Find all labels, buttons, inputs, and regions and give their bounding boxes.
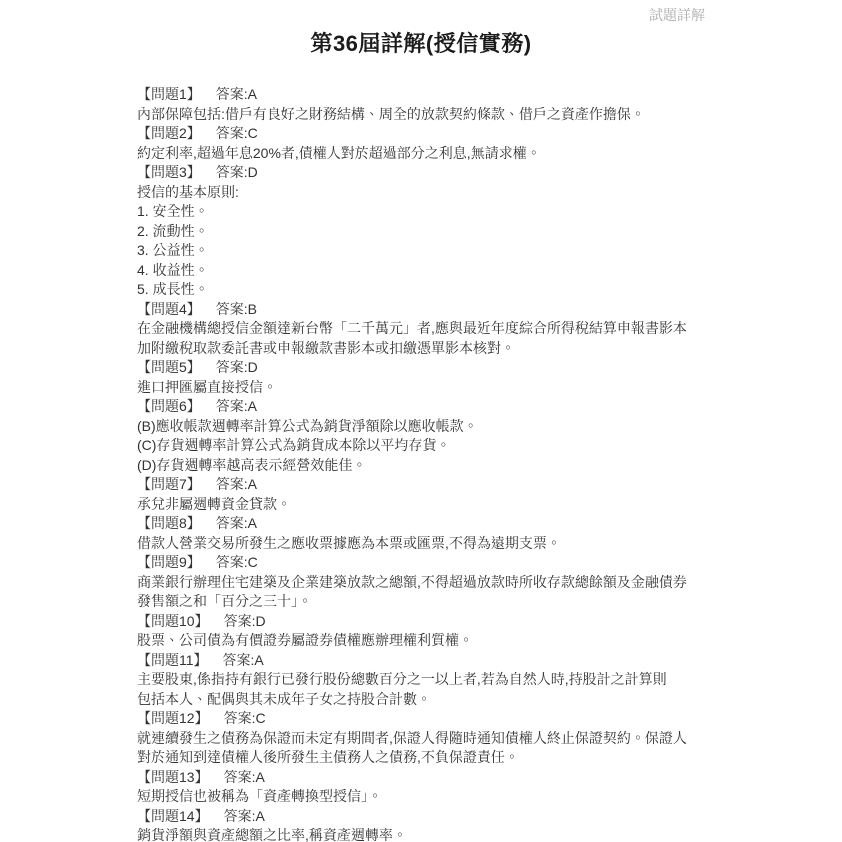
qa-item: 【問題1】答案:A內部保障包括:借戶有良好之財務結構、周全的放款契約條款、借戶之…: [137, 85, 705, 124]
qa-list: 【問題1】答案:A內部保障包括:借戶有良好之財務結構、周全的放款契約條款、借戶之…: [137, 85, 705, 842]
question-label: 【問題14】: [137, 808, 209, 824]
explanation-line: 3. 公益性。: [137, 241, 705, 261]
explanation-line: 對於通知到達債權人後所發生主債務人之債務,不負保證責任。: [137, 748, 705, 768]
explanation-line: 內部保障包括:借戶有良好之財務結構、周全的放款契約條款、借戶之資產作擔保。: [137, 105, 705, 125]
answer-text: 答案:C: [216, 125, 258, 141]
qa-header-line: 【問題8】答案:A: [137, 514, 705, 534]
qa-item: 【問題14】答案:A銷貨淨額與資產總額之比率,稱資產週轉率。: [137, 807, 705, 842]
explanation-line: 商業銀行辦理住宅建築及企業建築放款之總額,不得超過放款時所收存款總餘額及金融債券: [137, 573, 705, 593]
explanation-line: 借款人營業交易所發生之應收票據應為本票或匯票,不得為遠期支票。: [137, 534, 705, 554]
explanation-line: 包括本人、配偶與其未成年子女之持股合計數。: [137, 690, 705, 710]
answer-text: 答案:A: [223, 652, 264, 668]
answer-text: 答案:A: [216, 515, 257, 531]
explanation-line: 股票、公司債為有價證券屬證券債權應辦理權利質權。: [137, 631, 705, 651]
qa-header-line: 【問題6】答案:A: [137, 397, 705, 417]
qa-item: 【問題4】答案:B在金融機構總授信金額達新台幣「二千萬元」者,應與最近年度綜合所…: [137, 300, 705, 359]
qa-item: 【問題11】答案:A主要股東,係指持有銀行已發行股份總數百分之一以上者,若為自然…: [137, 651, 705, 710]
qa-item: 【問題3】答案:D授信的基本原則:1. 安全性。2. 流動性。3. 公益性。4.…: [137, 163, 705, 300]
explanation-line: 主要股東,係指持有銀行已發行股份總數百分之一以上者,若為自然人時,持股計之計算則: [137, 670, 705, 690]
explanation-line: 短期授信也被稱為「資產轉換型授信」。: [137, 787, 705, 807]
question-label: 【問題4】: [137, 301, 201, 317]
qa-item: 【問題8】答案:A借款人營業交易所發生之應收票據應為本票或匯票,不得為遠期支票。: [137, 514, 705, 553]
answer-text: 答案:C: [216, 554, 258, 570]
question-label: 【問題12】: [137, 710, 209, 726]
answer-text: 答案:A: [216, 86, 257, 102]
explanation-line: 銷貨淨額與資產總額之比率,稱資產週轉率。: [137, 826, 705, 842]
qa-header-line: 【問題12】答案:C: [137, 709, 705, 729]
question-label: 【問題8】: [137, 515, 201, 531]
qa-header-line: 【問題4】答案:B: [137, 300, 705, 320]
qa-item: 【問題9】答案:C商業銀行辦理住宅建築及企業建築放款之總額,不得超過放款時所收存…: [137, 553, 705, 612]
qa-header-line: 【問題14】答案:A: [137, 807, 705, 827]
qa-item: 【問題6】答案:A(B)應收帳款週轉率計算公式為銷貨淨額除以應收帳款。(C)存貨…: [137, 397, 705, 475]
question-label: 【問題13】: [137, 769, 209, 785]
explanation-line: 就連續發生之債務為保證而未定有期間者,保證人得隨時通知債權人終止保證契約。保證人: [137, 729, 705, 749]
explanation-line: 加附繳稅取款委託書或申報繳款書影本或扣繳憑單影本核對。: [137, 339, 705, 359]
explanation-line: (B)應收帳款週轉率計算公式為銷貨淨額除以應收帳款。: [137, 417, 705, 437]
question-label: 【問題9】: [137, 554, 201, 570]
answer-text: 答案:A: [224, 808, 265, 824]
qa-header-line: 【問題7】答案:A: [137, 475, 705, 495]
qa-header-line: 【問題5】答案:D: [137, 358, 705, 378]
question-label: 【問題5】: [137, 359, 201, 375]
explanation-line: 2. 流動性。: [137, 222, 705, 242]
explanation-line: 4. 收益性。: [137, 261, 705, 281]
explanation-line: 在金融機構總授信金額達新台幣「二千萬元」者,應與最近年度綜合所得稅結算申報書影本: [137, 319, 705, 339]
question-label: 【問題7】: [137, 476, 201, 492]
qa-header-line: 【問題11】答案:A: [137, 651, 705, 671]
question-label: 【問題3】: [137, 164, 201, 180]
qa-header-line: 【問題2】答案:C: [137, 124, 705, 144]
page-title: 第36屆詳解(授信實務): [137, 31, 705, 57]
qa-header-line: 【問題10】答案:D: [137, 612, 705, 632]
explanation-line: 5. 成長性。: [137, 280, 705, 300]
qa-item: 【問題12】答案:C就連續發生之債務為保證而未定有期間者,保證人得隨時通知債權人…: [137, 709, 705, 768]
explanation-line: (D)存貨週轉率越高表示經營效能佳。: [137, 456, 705, 476]
answer-text: 答案:D: [216, 359, 258, 375]
answer-text: 答案:B: [216, 301, 257, 317]
qa-header-line: 【問題13】答案:A: [137, 768, 705, 788]
answer-text: 答案:C: [224, 710, 266, 726]
explanation-line: 發售額之和「百分之三十」。: [137, 592, 705, 612]
answer-text: 答案:A: [216, 398, 257, 414]
question-label: 【問題1】: [137, 86, 201, 102]
answer-text: 答案:A: [224, 769, 265, 785]
qa-header-line: 【問題9】答案:C: [137, 553, 705, 573]
explanation-line: 授信的基本原則:: [137, 183, 705, 203]
document-page: 試題詳解 第36屆詳解(授信實務) 【問題1】答案:A內部保障包括:借戶有良好之…: [137, 0, 705, 842]
qa-item: 【問題13】答案:A短期授信也被稱為「資產轉換型授信」。: [137, 768, 705, 807]
answer-text: 答案:A: [216, 476, 257, 492]
question-label: 【問題6】: [137, 398, 201, 414]
explanation-line: 承兌非屬週轉資金貸款。: [137, 495, 705, 515]
qa-item: 【問題10】答案:D股票、公司債為有價證券屬證券債權應辦理權利質權。: [137, 612, 705, 651]
question-label: 【問題10】: [137, 613, 209, 629]
qa-item: 【問題7】答案:A承兌非屬週轉資金貸款。: [137, 475, 705, 514]
explanation-line: 1. 安全性。: [137, 202, 705, 222]
explanation-line: 進口押匯屬直接授信。: [137, 378, 705, 398]
explanation-line: (C)存貨週轉率計算公式為銷貨成本除以平均存貨。: [137, 436, 705, 456]
answer-text: 答案:D: [224, 613, 266, 629]
qa-item: 【問題2】答案:C約定利率,超過年息20%者,債權人對於超過部分之利息,無請求權…: [137, 124, 705, 163]
explanation-line: 約定利率,超過年息20%者,債權人對於超過部分之利息,無請求權。: [137, 144, 705, 164]
question-label: 【問題11】: [137, 652, 208, 668]
qa-header-line: 【問題3】答案:D: [137, 163, 705, 183]
answer-text: 答案:D: [216, 164, 258, 180]
qa-item: 【問題5】答案:D進口押匯屬直接授信。: [137, 358, 705, 397]
qa-header-line: 【問題1】答案:A: [137, 85, 705, 105]
question-label: 【問題2】: [137, 125, 201, 141]
corner-label: 試題詳解: [137, 0, 705, 23]
